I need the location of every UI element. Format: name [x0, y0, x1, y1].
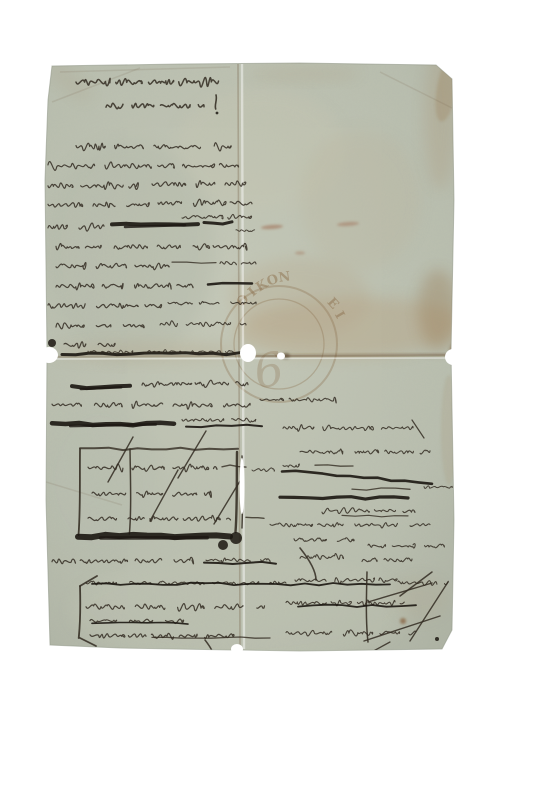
- svg-text:Ν: Ν: [278, 269, 292, 286]
- scanned-letter: ΟΙΚΟΝΕΙ6: [0, 0, 549, 800]
- scan-viewport: ΟΙΚΟΝΕΙ6: [0, 0, 549, 800]
